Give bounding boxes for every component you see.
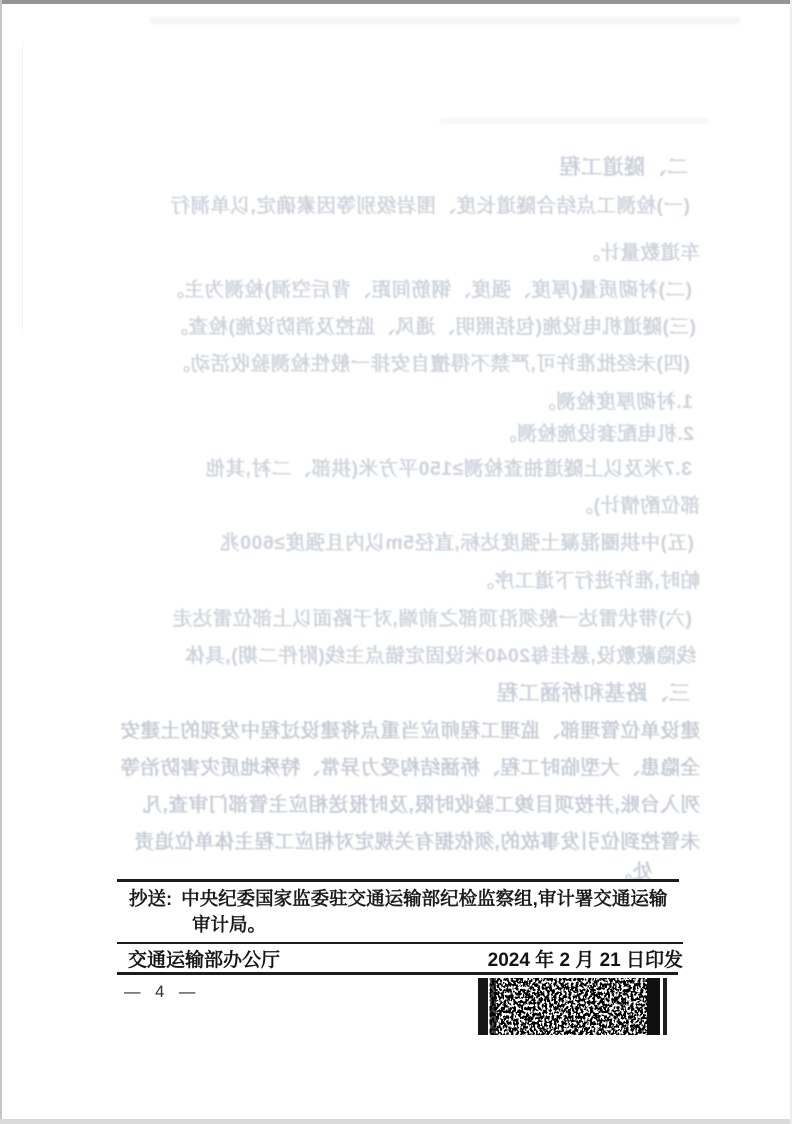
bleed-line: (二)衬砌质量(厚度、强度、钢筋间距、背后空洞)检测为主。	[124, 278, 692, 305]
scan-edge-left	[0, 0, 2, 1124]
scan-edge-top	[0, 0, 792, 4]
scan-crease	[22, 42, 23, 332]
footer-rule-bottom	[117, 972, 678, 975]
cc-label: 抄送:	[129, 888, 172, 909]
bleed-line: 未管控到位引发事故的,须依据有关规定对相应工程主体单位追责	[118, 830, 700, 857]
bleed-line: 全隐患、大型临时工程、桥涵结构受力异常、特殊地质灾害防治等	[118, 756, 700, 783]
bleed-line: 部位酌情计)。	[554, 494, 700, 521]
bleed-line: 线隐蔽敷设,悬挂每2040米设固定锚点主线(附件二期),具体	[124, 644, 696, 671]
barcode	[478, 978, 667, 1035]
issuing-office: 交通运输部办公厅	[128, 945, 280, 972]
page-number: — 4 —	[124, 983, 200, 1002]
bleed-line: (一)检测工点结合隧道长度、围岩级别等因素确定,以单洞行	[124, 194, 690, 221]
issuer-row: 交通运输部办公厅 2024 年 2 月 21 日印发	[117, 945, 683, 972]
bleed-line: 列入台账,并按项目竣工验收时限,及时报送相应主管部门审查,凡	[118, 793, 700, 820]
cc-recipients: 中央纪委国家监委驻交通运输部纪检监察组,审计署交通运输	[181, 888, 667, 909]
cc-line: 抄送:中央纪委国家监委驻交通运输部纪检监察组,审计署交通运输	[117, 884, 683, 913]
bleed-line: 车道数量计。	[556, 241, 700, 268]
bleed-smudge	[440, 118, 710, 124]
scan-edge-bottom	[0, 1119, 792, 1124]
bleed-line: 三、路基和桥涵工程	[490, 682, 690, 709]
bleed-line: 帕时,准许进行下道工序。	[466, 569, 700, 596]
bleed-line: (五)中拱圈混凝土强度达标,直径5m以内且强度≥600兆	[124, 531, 694, 558]
bleed-line: 3.7米及以上隧道抽查检测≥150平方米(拱部、二衬,其他	[124, 457, 692, 484]
bleed-line: (四)未经批准许可,严禁不得擅自安排一般性检测验收活动。	[128, 352, 690, 379]
cc-recipients-continued: 审计局。	[192, 914, 266, 935]
bleed-line: 建设单位管理部、监理工程师应当重点将建设过程中发现的土建安	[120, 719, 700, 746]
bleed-line: (六)带状雷达一般须沿顶部之前端,对于路面以上部位雷达走	[124, 607, 692, 634]
document-page: 二、隧道工程 (一)检测工点结合隧道长度、围岩级别等因素确定,以单洞行 车道数量…	[0, 0, 792, 1124]
print-date: 2024 年 2 月 21 日印发	[488, 945, 683, 972]
bleed-smudge	[150, 17, 740, 24]
cc-line-continuation: 审计局。	[117, 911, 683, 939]
bleed-line: 二、隧道工程	[518, 156, 688, 183]
footer-rule-top	[117, 879, 679, 882]
bleed-line: 2.机电配套设施检测。	[498, 422, 694, 449]
bleed-line: (三)隧道机电设施(包括照明、通风、监控及消防设施)检查。	[124, 315, 696, 342]
footer-rule-middle	[117, 942, 683, 944]
bleed-line: 1.衬砌厚度检测。	[543, 390, 693, 417]
bleed-line: 处。	[610, 860, 652, 887]
